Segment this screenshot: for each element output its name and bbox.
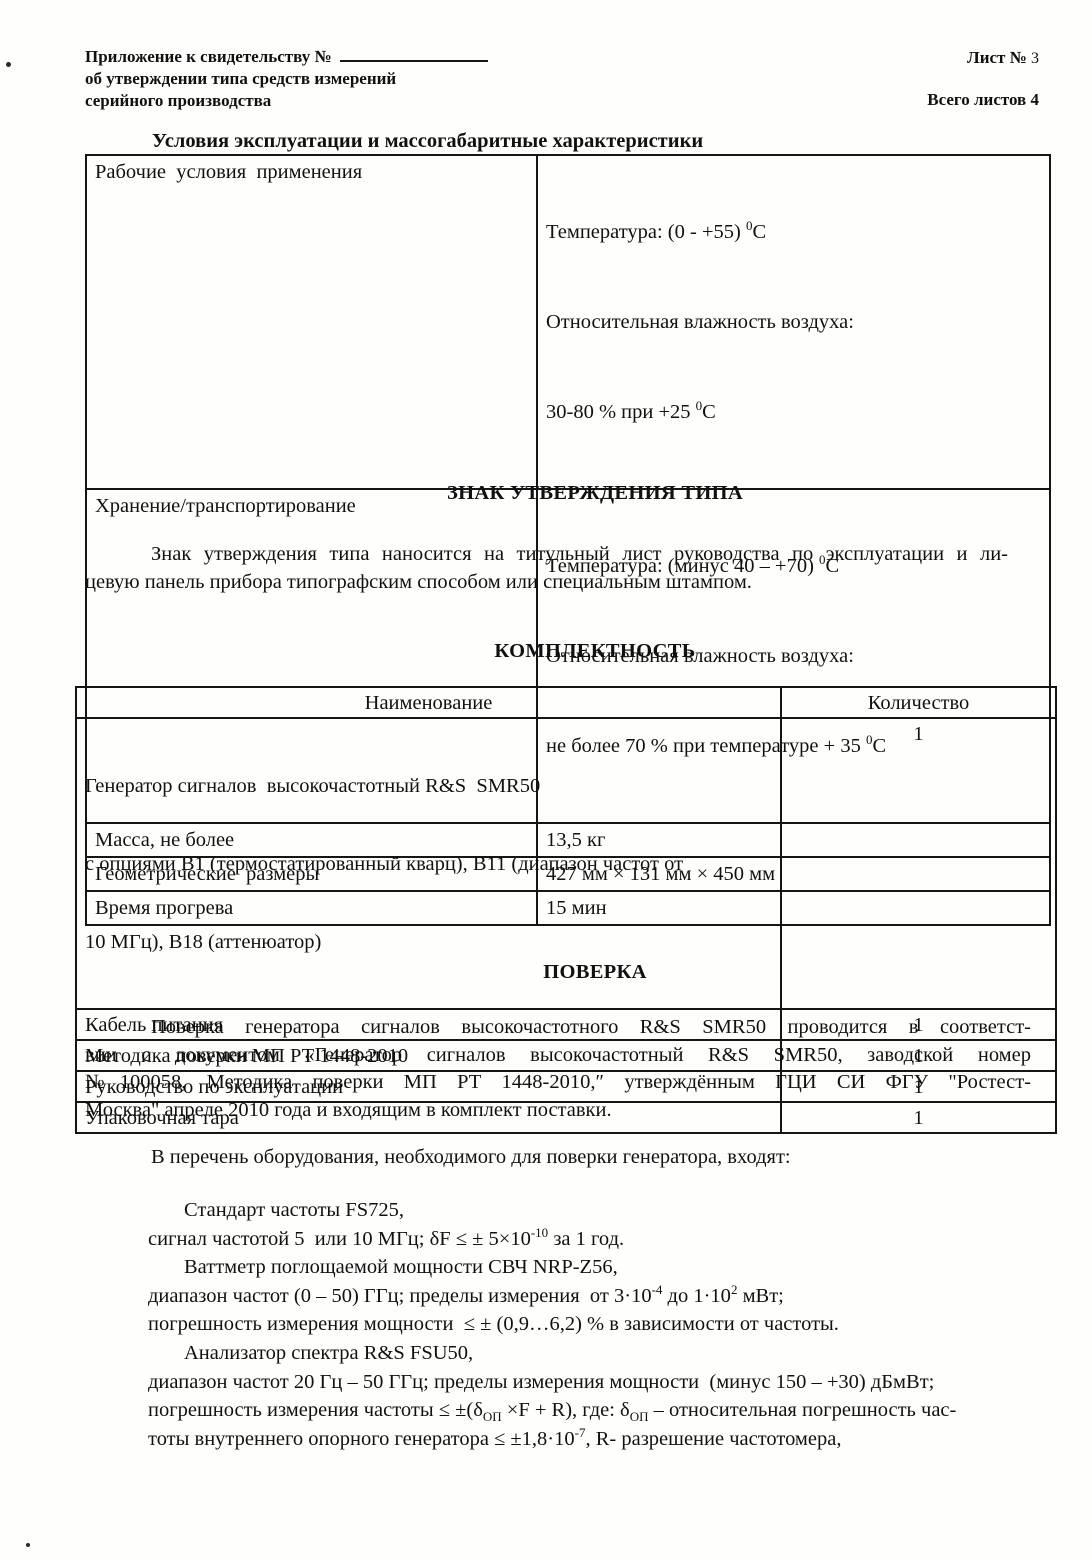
paragraph-line: Москва" апреле 2010 года и входящим в ко… <box>85 1097 1031 1125</box>
type-mark-paragraph: Знак утверждения типа наносится на титул… <box>85 540 1008 596</box>
equipment-intro-line: В перечень оборудования, необходимого дл… <box>151 1146 791 1169</box>
equipment-item-spec: сигнал частотой 5 или 10 МГц; δF ≤ ± 5×1… <box>148 1225 1078 1254</box>
sheet-label: Лист № <box>967 48 1027 67</box>
value-line: 30-80 % при +25 0С <box>546 397 1041 427</box>
certificate-appendix-header: Приложение к свидетельству № об утвержде… <box>85 46 488 112</box>
sheet-number: 3 <box>1031 50 1039 67</box>
column-header-qty: Количество <box>781 687 1056 718</box>
paragraph-line: цевую панель прибора типографским способ… <box>85 568 1008 596</box>
header-line-appendix: Приложение к свидетельству № <box>85 46 488 68</box>
sheet-number-line: Лист № 3 <box>967 48 1039 68</box>
condition-value: Температура: (0 - +55) 0С Относительная … <box>537 155 1050 489</box>
item-name-line: с опциями В1 (термостатированный кварц),… <box>85 851 772 877</box>
column-header-name: Наименование <box>76 687 781 718</box>
number-blank-line <box>340 49 488 62</box>
equipment-item-spec: погрешность измерения мощности ≤ ± (0,9…… <box>148 1310 1078 1339</box>
paragraph-line: №100058, Методика поверки МП РТ 1448-201… <box>85 1069 1031 1097</box>
item-name-line: Генератор сигналов высокочастотный R&S S… <box>85 773 772 799</box>
table-header-row: Наименование Количество <box>76 687 1056 718</box>
completeness-title: КОМПЛЕКТНОСТЬ <box>95 640 1092 663</box>
paragraph-line: вии с документом «Генератор сигналов выс… <box>85 1042 1031 1070</box>
equipment-item-title: Анализатор спектра R&S FSU50, <box>148 1339 1078 1368</box>
equipment-item-title: Ваттметр поглощаемой мощности СВЧ NRP-Z5… <box>148 1253 1078 1282</box>
scanned-document-page: { "header": { "line1": "Приложение к сви… <box>0 0 1092 1560</box>
scan-speck <box>26 1543 30 1547</box>
appendix-label: Приложение к свидетельству № <box>85 47 332 66</box>
paragraph-line: Поверка генератора сигналов высокочастот… <box>85 1014 1031 1042</box>
type-mark-title: ЗНАК УТВЕРЖДЕНИЯ ТИПА <box>95 482 1092 505</box>
paragraph-line: Знак утверждения типа наносится на титул… <box>85 540 1008 568</box>
table-row: Рабочие условия применения Температура: … <box>86 155 1050 489</box>
condition-label: Рабочие условия применения <box>86 155 537 489</box>
scan-speck <box>6 62 11 67</box>
equipment-item-title: Стандарт частоты FS725, <box>148 1196 1078 1225</box>
verification-paragraph: Поверка генератора сигналов высокочастот… <box>85 1014 1031 1124</box>
item-name-line: 10 МГц), В18 (аттенюатор) <box>85 929 772 955</box>
verification-title: ПОВЕРКА <box>95 961 1092 984</box>
equipment-item-spec: диапазон частот 20 Гц – 50 ГГц; пределы … <box>148 1368 1078 1397</box>
value-line: Относительная влажность воздуха: <box>546 307 1041 337</box>
equipment-item-spec: погрешность измерения частоты ≤ ±(δОП ×F… <box>148 1396 1078 1425</box>
conditions-table-title: Условия эксплуатации и массогабаритные х… <box>152 130 703 153</box>
equipment-item-spec: тоты внутреннего опорного генератора ≤ ±… <box>148 1425 1078 1454</box>
equipment-item-spec: диапазон частот (0 – 50) ГГц; пределы из… <box>148 1282 1078 1311</box>
value-line: Температура: (0 - +55) 0С <box>546 217 1041 247</box>
total-sheets: Всего листов 4 <box>927 90 1039 110</box>
equipment-list: Стандарт частоты FS725, сигнал частотой … <box>148 1196 1078 1453</box>
header-line-approval: об утверждении типа средств измерений <box>85 68 488 90</box>
header-line-serial: серийного производства <box>85 90 488 112</box>
